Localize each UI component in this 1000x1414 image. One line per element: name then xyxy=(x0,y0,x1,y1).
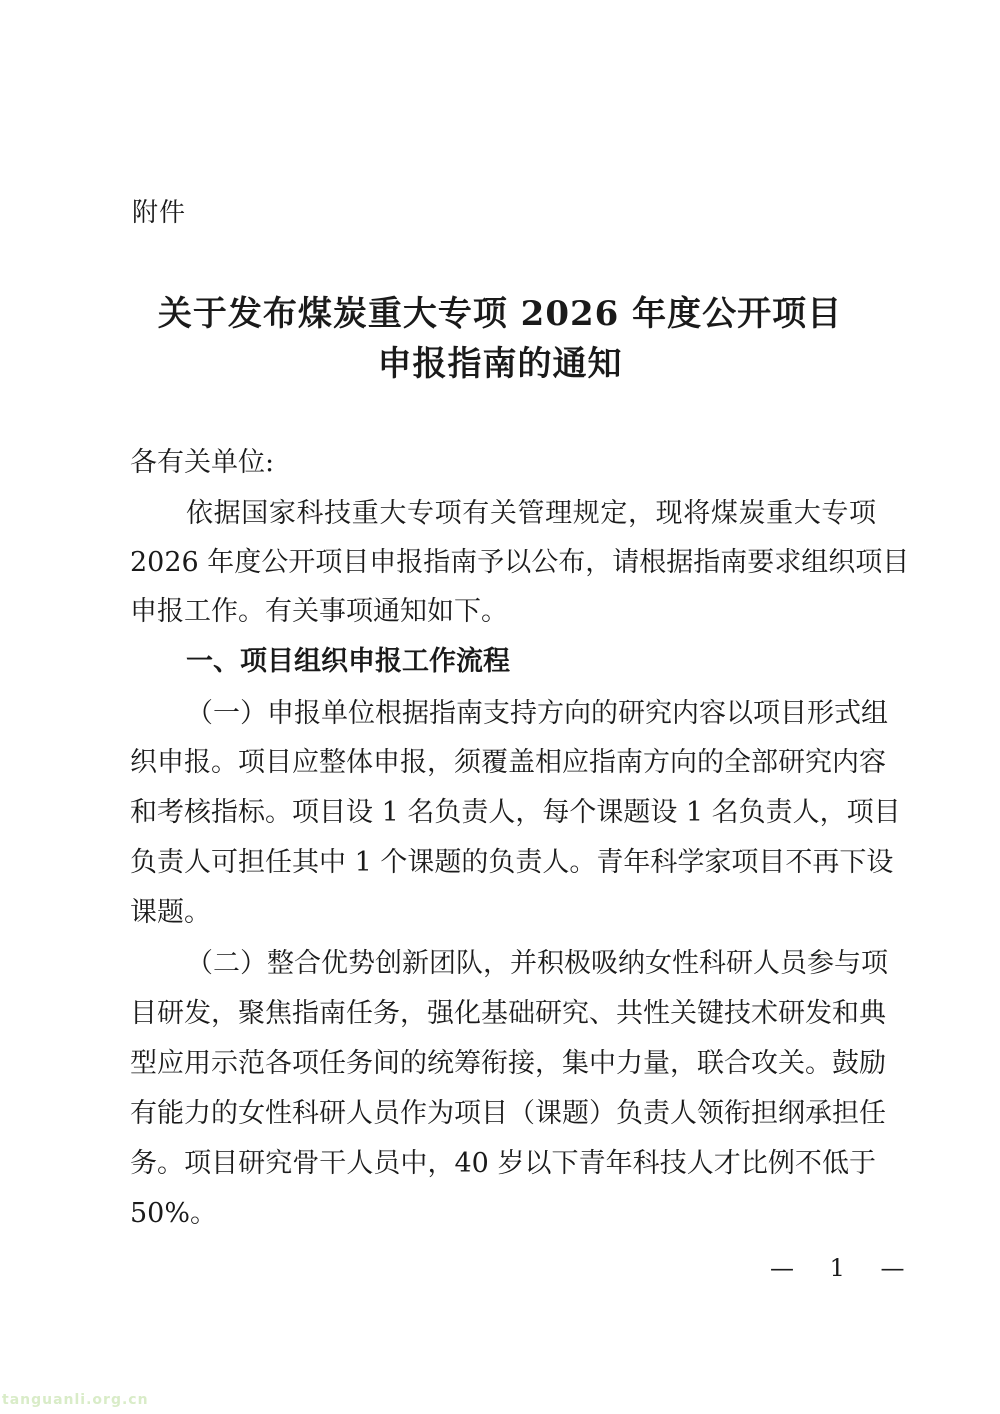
item2-paragraph-line: 型应用示范各项任务间的统筹衔接，集中力量，联合攻关。鼓励 xyxy=(130,1047,876,1081)
document-page: 附件 关于发布煤炭重大专项 2026 年度公开项目 申报指南的通知 各有关单位:… xyxy=(0,0,1000,1414)
intro-paragraph-line: 依据国家科技重大专项有关管理规定，现将煤炭重大专项 xyxy=(186,497,876,531)
item1-paragraph-line: 织申报。项目应整体申报，须覆盖相应指南方向的全部研究内容 xyxy=(130,746,876,780)
document-title-line-1: 关于发布煤炭重大专项 2026 年度公开项目 xyxy=(0,286,1000,335)
item2-paragraph-line: （二）整合优势创新团队，并积极吸纳女性科研人员参与项 xyxy=(186,947,876,981)
item1-paragraph-line: 和考核指标。项目设 1 名负责人，每个课题设 1 名负责人，项目 xyxy=(130,796,876,830)
salutation: 各有关单位: xyxy=(130,446,876,480)
item1-paragraph-line: （一）申报单位根据指南支持方向的研究内容以项目形式组 xyxy=(186,697,876,731)
page-number: — 1 — xyxy=(770,1254,919,1282)
intro-paragraph-line: 2026 年度公开项目申报指南予以公布，请根据指南要求组织项目 xyxy=(130,546,876,580)
document-title-line-2: 申报指南的通知 xyxy=(0,336,1000,385)
item2-paragraph-line: 务。项目研究骨干人员中，40 岁以下青年科技人才比例不低于 xyxy=(130,1147,876,1181)
item2-paragraph-line: 50%。 xyxy=(130,1197,876,1231)
watermark: tanguanli.org.cn xyxy=(2,1392,149,1408)
section-heading: 一、项目组织申报工作流程 xyxy=(186,645,876,679)
item2-paragraph-line: 目研发，聚焦指南任务，强化基础研究、共性关键技术研发和典 xyxy=(130,997,876,1031)
intro-paragraph-line: 申报工作。有关事项通知如下。 xyxy=(130,595,876,629)
item2-paragraph-line: 有能力的女性科研人员作为项目（课题）负责人领衔担纲承担任 xyxy=(130,1097,876,1131)
attachment-label: 附件 xyxy=(132,192,186,229)
item1-paragraph-line: 课题。 xyxy=(130,896,876,930)
item1-paragraph-line: 负责人可担任其中 1 个课题的负责人。青年科学家项目不再下设 xyxy=(130,846,876,880)
